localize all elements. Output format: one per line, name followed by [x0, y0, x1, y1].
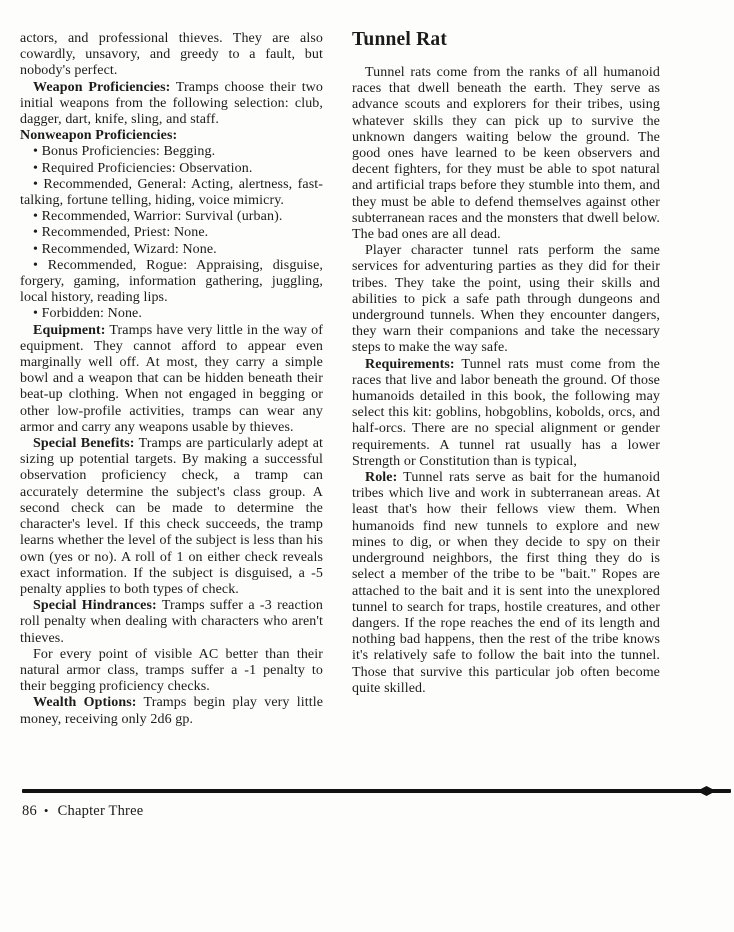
footer-rule	[22, 789, 731, 793]
paragraph: Equipment: Tramps have very little in th…	[20, 323, 323, 436]
bold-lead: Requirements:	[365, 357, 455, 372]
paragraph: Special Hindrances: Tramps suffer a -3 r…	[20, 598, 323, 647]
bullet-item: • Recommended, Warrior: Survival (urban)…	[20, 209, 323, 225]
bullet-item: • Required Proficiencies: Observation.	[20, 161, 323, 177]
page-number: 86	[22, 803, 37, 819]
paragraph: Special Benefits: Tramps are particularl…	[20, 436, 323, 598]
book-page: actors, and professional thieves. They a…	[0, 0, 734, 932]
bold-lead: Weapon Proficiencies:	[33, 80, 170, 95]
bullet-item: • Recommended, Priest: None.	[20, 225, 323, 241]
bold-lead: Equipment:	[33, 323, 106, 338]
bullet-item: • Recommended, Rogue: Appraising, disgui…	[20, 258, 323, 307]
rule-end-diamond-icon	[697, 786, 716, 796]
paragraph: Requirements: Tunnel rats must come from…	[352, 357, 660, 470]
paragraph: Tunnel rats come from the ranks of all h…	[352, 65, 660, 243]
paragraph: actors, and professional thieves. They a…	[20, 31, 323, 80]
bold-lead: Role:	[365, 470, 397, 485]
chapter-title: Chapter Three	[58, 803, 144, 819]
bullet-item: • Forbidden: None.	[20, 306, 323, 322]
left-column: actors, and professional thieves. They a…	[20, 31, 323, 728]
right-column-body: Tunnel rats come from the ranks of all h…	[352, 65, 660, 697]
bold-lead: Special Benefits:	[33, 436, 135, 451]
bullet-item: • Recommended, Wizard: None.	[20, 242, 323, 258]
bold-lead: Special Hindrances:	[33, 598, 157, 613]
paragraph: Player character tunnel rats perform the…	[352, 243, 660, 356]
bullet-separator-icon: •	[44, 803, 49, 818]
paragraph: Role: Tunnel rats serve as bait for the …	[352, 470, 660, 697]
footer: 86•Chapter Three	[22, 802, 143, 820]
paragraph: Weapon Proficiencies: Tramps choose thei…	[20, 80, 323, 129]
bold-lead: Nonweapon Proficiencies:	[20, 128, 177, 143]
right-column: Tunnel Rat Tunnel rats come from the ran…	[352, 29, 660, 697]
paragraph: Wealth Options: Tramps begin play very l…	[20, 695, 323, 727]
paragraph: For every point of visible AC better tha…	[20, 647, 323, 696]
paragraph: Nonweapon Proficiencies:	[20, 128, 323, 144]
bullet-item: • Recommended, General: Acting, alertnes…	[20, 177, 323, 209]
section-heading: Tunnel Rat	[352, 29, 660, 51]
bold-lead: Wealth Options:	[33, 695, 137, 710]
bullet-item: • Bonus Proficiencies: Begging.	[20, 144, 323, 160]
